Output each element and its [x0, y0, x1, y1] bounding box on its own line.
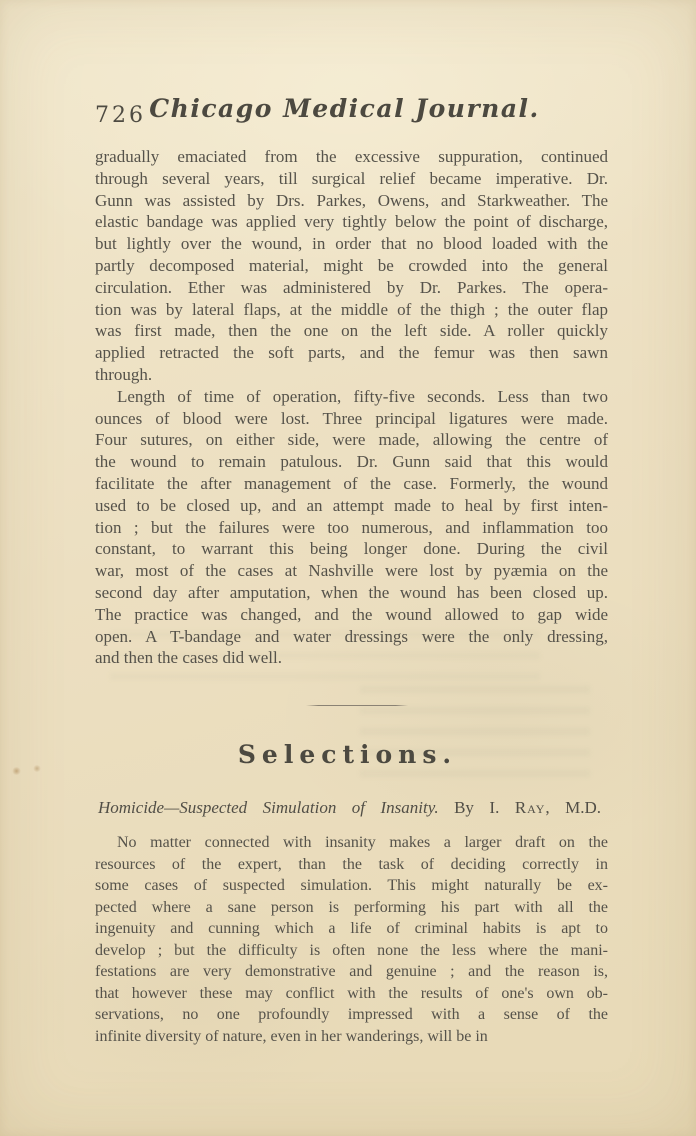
- text-line: some cases of suspected simulation. This…: [95, 875, 608, 897]
- text-line: that however these may conflict with the…: [95, 983, 608, 1005]
- text-line: Length of time of operation, fifty-five …: [95, 386, 608, 408]
- text-line: war, most of the cases at Nashville were…: [95, 560, 608, 582]
- section-divider: [306, 705, 408, 706]
- text-line: facilitate the after management of the c…: [95, 473, 608, 495]
- text-line: The practice was changed, and the wound …: [95, 604, 608, 626]
- text-line: but lightly over the wound, in order tha…: [95, 233, 608, 255]
- text-line: partly decomposed material, might be cro…: [95, 255, 608, 277]
- journal-title: Chicago Medical Journal.: [95, 94, 594, 123]
- paragraph: Length of time of operation, fifty-five …: [95, 386, 608, 669]
- byline-author: Ray: [515, 798, 546, 817]
- text-line: tion was by lateral flaps, at the middle…: [95, 299, 608, 321]
- byline-prefix: By I.: [454, 798, 515, 817]
- text-line: circulation. Ether was administered by D…: [95, 277, 608, 299]
- foxing-speck: [33, 765, 41, 772]
- text-line: applied retracted the soft parts, and th…: [95, 342, 608, 364]
- paragraph: gradually emaciated from the excessive s…: [95, 146, 608, 386]
- text-line: second day after amputation, when the wo…: [95, 582, 608, 604]
- text-line: ounces of blood were lost. Three princip…: [95, 408, 608, 430]
- text-line: through several years, till surgical rel…: [95, 168, 608, 190]
- running-header: 726 Chicago Medical Journal.: [95, 96, 608, 140]
- selections-article-body: No matter connected with insanity makes …: [95, 832, 608, 1047]
- text-line: the wound to remain patulous. Dr. Gunn s…: [95, 451, 608, 473]
- text-line: through.: [95, 364, 608, 386]
- text-line: elastic bandage was applied very tightly…: [95, 211, 608, 233]
- text-line: tion ; but the failures were too numerou…: [95, 517, 608, 539]
- text-line: resources of the expert, than the task o…: [95, 854, 608, 876]
- byline-suffix: , M.D.: [545, 798, 601, 817]
- foxing-speck: [12, 767, 21, 775]
- text-line: gradually emaciated from the excessive s…: [95, 146, 608, 168]
- paragraph: No matter connected with insanity makes …: [95, 832, 608, 1047]
- text-line: and then the cases did well.: [95, 647, 608, 669]
- text-line: was first made, then the one on the left…: [95, 320, 608, 342]
- text-line: festations are very demonstrative and ge…: [95, 961, 608, 983]
- text-line: Gunn was assisted by Drs. Parkes, Owens,…: [95, 190, 608, 212]
- text-line: No matter connected with insanity makes …: [95, 832, 608, 854]
- lead-article-body: gradually emaciated from the excessive s…: [95, 146, 608, 669]
- article-title: Homicide—Suspected Simulation of Insanit…: [98, 798, 439, 817]
- text-line: ingenuity and cunning which a life of cr…: [95, 918, 608, 940]
- text-line: open. A T-bandage and water dressings we…: [95, 626, 608, 648]
- selections-heading: Selections.: [95, 740, 600, 769]
- text-line: develop ; but the difficulty is often no…: [95, 940, 608, 962]
- article-byline: By I. Ray, M.D.: [454, 798, 601, 817]
- text-line: servations, no one profoundly impressed …: [95, 1004, 608, 1026]
- article-heading: Homicide—Suspected Simulation of Insanit…: [98, 798, 601, 818]
- text-line: used to be closed up, and an attempt mad…: [95, 495, 608, 517]
- text-line: constant, to warrant this being longer d…: [95, 538, 608, 560]
- scanned-journal-page: 726 Chicago Medical Journal. gradually e…: [0, 0, 696, 1136]
- text-line: Four sutures, on either side, were made,…: [95, 429, 608, 451]
- text-line: infinite diversity of nature, even in he…: [95, 1026, 608, 1048]
- text-line: pected where a sane person is performing…: [95, 897, 608, 919]
